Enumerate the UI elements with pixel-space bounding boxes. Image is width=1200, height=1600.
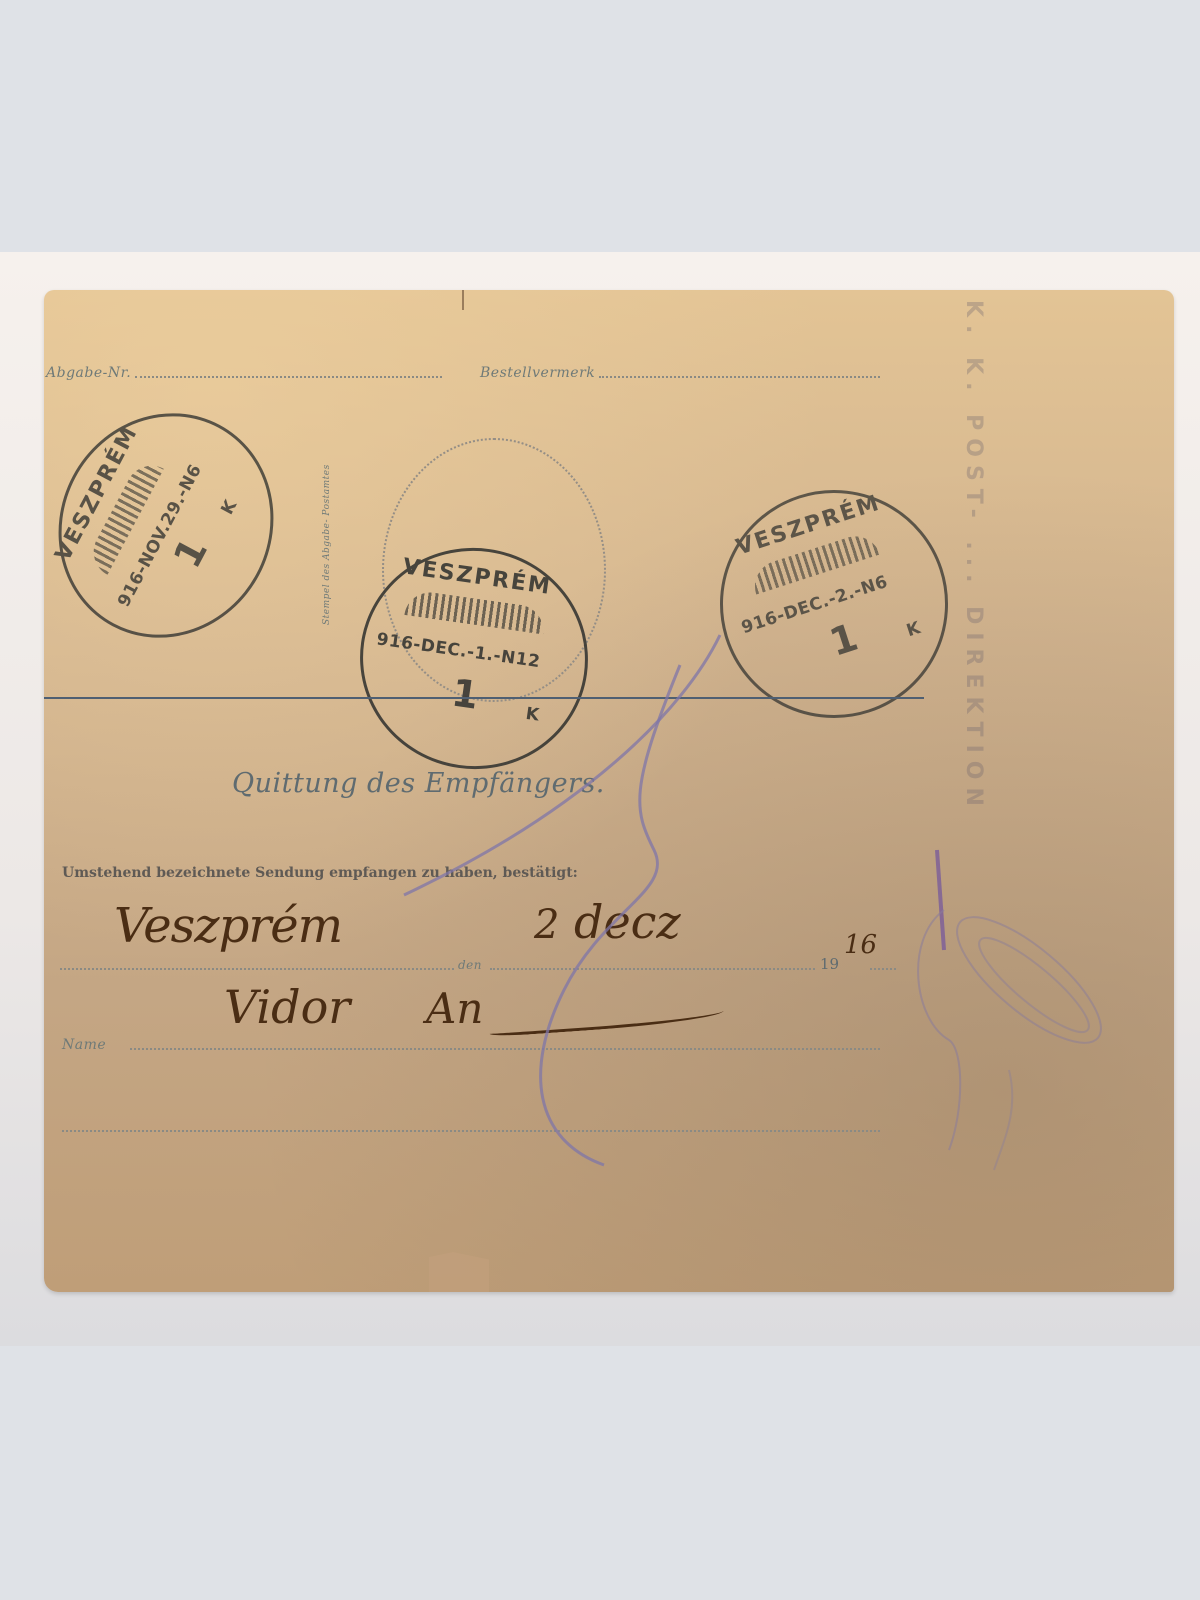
side-directorate-stamp: K. K. POST- ... DIREKTION [956, 300, 986, 820]
handwritten-month: decz [574, 895, 681, 949]
name-line: Name [62, 1030, 880, 1050]
background-bottom [0, 1346, 1200, 1600]
dotted-line [870, 968, 896, 970]
section-divider [44, 697, 924, 699]
handwritten-place: Veszprém [114, 898, 342, 954]
postmark-letter: K [217, 497, 241, 518]
confirmation-text: Umstehend bezeichnete Sendung empfangen … [62, 865, 578, 881]
postmark-number: 1 [449, 670, 481, 717]
stamp-area-label-line1: Stempel des Abgabe- [322, 519, 332, 625]
postmark-letter: K [524, 704, 540, 726]
delivery-note-label: Bestellvermerk [480, 365, 595, 381]
empty-dotted-line [62, 1130, 880, 1132]
den-label: den [458, 958, 482, 972]
postmark-letter: K [904, 618, 923, 641]
receipt-title: Quittung des Empfängers. [232, 768, 605, 799]
postmark-number: 1 [824, 615, 863, 665]
handwritten-day: 2 [534, 902, 559, 948]
stamp-area-label-line2: Postamtes [322, 465, 332, 516]
delivery-number-label: Abgabe-Nr. [46, 365, 131, 381]
signature-part1: Vidor [224, 980, 350, 1034]
signature-part2: An [426, 984, 483, 1033]
background-top [0, 0, 1200, 252]
dotted-line [60, 968, 454, 970]
dotted-line [130, 1048, 880, 1050]
stamp-area-label: Stempel des Abgabe- Postamtes [321, 460, 341, 630]
receipt-card: Abgabe-Nr. Bestellvermerk Stempel des Ab… [44, 290, 1174, 1292]
paper-tear [429, 1242, 489, 1292]
name-label: Name [62, 1037, 106, 1053]
delivery-note-field: Bestellvermerk [480, 365, 880, 381]
year-printed: 19 [820, 955, 839, 973]
handwritten-year: 16 [844, 930, 877, 960]
paper-fold-mark [462, 290, 464, 310]
delivery-number-field: Abgabe-Nr. [46, 365, 442, 381]
dotted-line [599, 375, 880, 378]
postmark-date: 916-DEC.-1.-N12 [375, 629, 541, 672]
dotted-line [490, 968, 815, 970]
dotted-line [135, 375, 442, 378]
postmark-number: 1 [165, 531, 216, 575]
postmark-1: VESZPRÉM 916-NOV.29.-N6 1 K [19, 375, 312, 675]
postmark-3: VESZPRÉM 916-DEC.-2.-N6 1 K [690, 460, 977, 747]
